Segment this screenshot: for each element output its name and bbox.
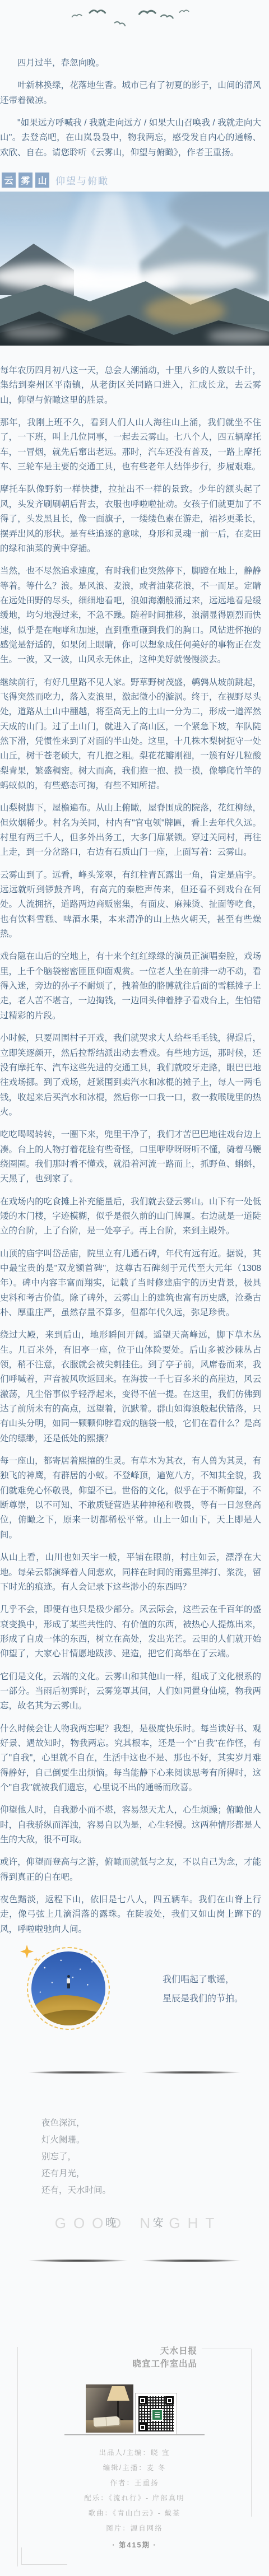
body-paragraph: 几乎不会，即便有也只是极少部分。风云际会，这些云在千百年的盛衰变换中，形成了某些… (0, 1603, 261, 1661)
body-paragraph: 戏台隐在山后的空地上，有十来个红红绿绿的演员正演唱秦腔，戏场里，上千个脑袋密密匝… (0, 949, 261, 1023)
qr-center-logo (151, 2409, 163, 2421)
lamp-and-book-photo (86, 2384, 133, 2433)
body-paragraph: 每年农历四月初八这一天，总会人潮涌动，十里八乡的人数以千计，集结到秦州区平南镇，… (0, 364, 261, 408)
intro-section: 四月过半，春忽向晚。 叶新林换绿，花落地生香。城市已有了初夏的影子，山间的清风还… (0, 35, 269, 160)
intro-paragraph: 叶新林换绿，花落地生香。城市已有了初夏的影子，山间的清风还带着微凉。 (0, 78, 261, 108)
title-char-box: 雾 (18, 173, 33, 188)
body-paragraph: 它们是文化，云端的文化。云雾山和其他山一样，组成了文化根系的一部分。当雨后初霁时… (0, 1670, 261, 1714)
poem-line: 灯火阑珊。 (41, 2132, 269, 2149)
body-paragraph: 云雾山到了。远看，峰头笼翠，有红柱青瓦露出一角，肯定是庙宇。远远就听到锣鼓齐鸣，… (0, 868, 261, 942)
publisher-block: 天水日报 晓宜工作室出品 (132, 2345, 197, 2370)
footer-divider-line (64, 2434, 205, 2435)
intro-paragraph: 四月过半，春忽向晚。 (0, 56, 261, 71)
flying-birds-icon (67, 6, 202, 35)
title-char-box: 云 (2, 173, 16, 188)
frame-line (202, 2349, 251, 2349)
poem-line: 还有月光， (41, 2165, 269, 2182)
body-paragraph: 从山上看，山川也如天宇一般，平铺在眼前，村庄如云，漂浮在大地。每朵云都演绎着人间… (0, 1550, 261, 1595)
closing-poem: 夜色深沉， 灯火阑珊。 别忘了， 还有月光， 还有，天水时间。 (41, 2115, 269, 2199)
body-paragraph: 在戏场内的吃食摊上补充能量后，我们就去登云雾山。山下有一处低矮的木门楼，字迹模糊… (0, 1195, 261, 1239)
body-paragraph: 绕过大殿，来到后山，地形瞬间开阔。遥望天高峰远，脚下草木丛生。几百米外，有旧亭一… (0, 1328, 261, 1446)
person-silhouette (66, 1975, 71, 1990)
footer-credits-section: 天水日报 晓宜工作室出品 出品人/主编：晓 宜 编辑/主播：麦 冬 作者：王重扬… (0, 2325, 269, 2576)
article-body: 每年农历四月初八这一天，总会人潮涌动，十里八乡的人数以千计，集结到秦州区平南镇，… (0, 346, 269, 1937)
credit-line: 配乐：《流れ行》- 岸部真明 (0, 2491, 269, 2506)
goodnight-banner: GOOD NIGHT 晚 安 (0, 2212, 269, 2234)
issue-number: · 第415期 · (0, 2538, 269, 2553)
credit-line: 歌曲：《青山白云》- 戴荃 (0, 2506, 269, 2521)
body-paragraph: 山梨树脚下，屋檐遍布。从山上俯瞰，屋脊围成的院落，花红柳绿，但炊烟稀少。村名为关… (0, 801, 261, 860)
studio-name: 晓宜工作室出品 (132, 2358, 197, 2370)
qr-code (135, 2393, 177, 2435)
publisher-name: 天水日报 (132, 2345, 197, 2358)
body-paragraph: 仰望他人时，自我渺小而不堪，容易怨天尤人，心生烦躁；俯瞰他人时，自我骄纵而浑浊，… (0, 1803, 261, 1847)
credit-line: 编辑/主播：麦 冬 (0, 2461, 269, 2476)
article-page: 四月过半，春忽向晚。 叶新林换绿，花落地生香。城市已有了初夏的影子，山间的清风还… (0, 0, 269, 2576)
intro-paragraph: "如果远方呼喊我 / 我就走向远方 / 如果大山召唤我 / 我就走向大山"。去登… (0, 116, 261, 160)
title-char-box: 山 (35, 173, 49, 188)
body-paragraph: 山顶的庙宇叫岱岳庙，院里立有几通石碑，年代有远有近。据说，其中最宝贵的是"双龙额… (0, 1247, 261, 1321)
body-paragraph: 小时候，只要周围村子开戏，我们就哭求大人给些毛毛钱，得逞后，立即笑逐颜开，然后拉… (0, 1031, 261, 1120)
body-paragraph: 当然，也不尽然追求速度，有时我们也突然停下，脚蹬在地上，静静等着。等什么？浪。是… (0, 564, 261, 667)
section-divider (26, 2260, 243, 2262)
section-divider (26, 2071, 243, 2074)
hero-mountain-image (0, 192, 269, 346)
body-paragraph: 那年，我刚上班不久，看到人们人山人海往山上涌，我们就坐不住了，一下班，叫上几位同… (0, 416, 261, 474)
frame-line (21, 2564, 67, 2565)
title-banner: 云 雾 山 仰望与俯瞰 (0, 173, 269, 188)
dotted-ring (27, 1947, 110, 2030)
body-paragraph: 继续前行，有好几里路不见人家。野草野树茂盛，鹌鹑从坡前跳起，飞得突然而吃力，落入… (0, 676, 261, 794)
credit-line: 图片：源自网络 (0, 2521, 269, 2536)
body-paragraph: 什么时候会让人物我两忘呢？我想，是极度快乐时。每当读好书、观好景、遇故知时，物我… (0, 1722, 261, 1796)
body-paragraph: 吃吃喝喝转转，一圈下来，兜里干净了，我们才苦巴巴地往戏台边上凑。台上的人物打着花… (0, 1128, 261, 1186)
starry-night-illustration (31, 1951, 105, 2025)
body-paragraph: 摩托车队像野豹一样快捷，拉扯出不一样的景致。少年的额头起了风，头发齐刷刷朝后背去… (0, 482, 261, 556)
night-illustration-block: 我们唱起了歌谣， 星辰是我们的节拍。 (0, 1945, 269, 2040)
credits-list: 出品人/主编：晓 宜 编辑/主播：麦 冬 作者：王重扬 配乐：《流れ行》- 岸部… (0, 2445, 269, 2553)
goodnight-chinese: 晚 安 (0, 2216, 269, 2230)
poem-line: 别忘了， (41, 2149, 269, 2165)
credit-line: 作者：王重扬 (0, 2476, 269, 2491)
page-title: 仰望与俯瞰 (55, 173, 109, 187)
illustration-caption: 我们唱起了歌谣， 星辰是我们的节拍。 (163, 1971, 243, 2009)
body-paragraph: 或许，仰望而登高与之游，俯瞰而就低与之友，不以自己为念，才能得到真正的自在吧。 (0, 1855, 261, 1885)
body-paragraph: 每一座山，都寄居着熙攘的生灵。有草木为其衣，有人兽为其灵，有独飞的神鹰，有群居的… (0, 1454, 261, 1543)
poem-line: 还有，天水时间。 (41, 2182, 269, 2199)
body-paragraph: 夜色黯淡，返程下山，依旧是七八人，四五辆车。我们在山脊上行走，像弓弦上几滴涓落的… (0, 1893, 261, 1937)
sparkle-star-icon (20, 1945, 34, 1958)
poem-line: 夜色深沉， (41, 2115, 269, 2132)
credit-line: 出品人/主编：晓 宜 (0, 2445, 269, 2461)
